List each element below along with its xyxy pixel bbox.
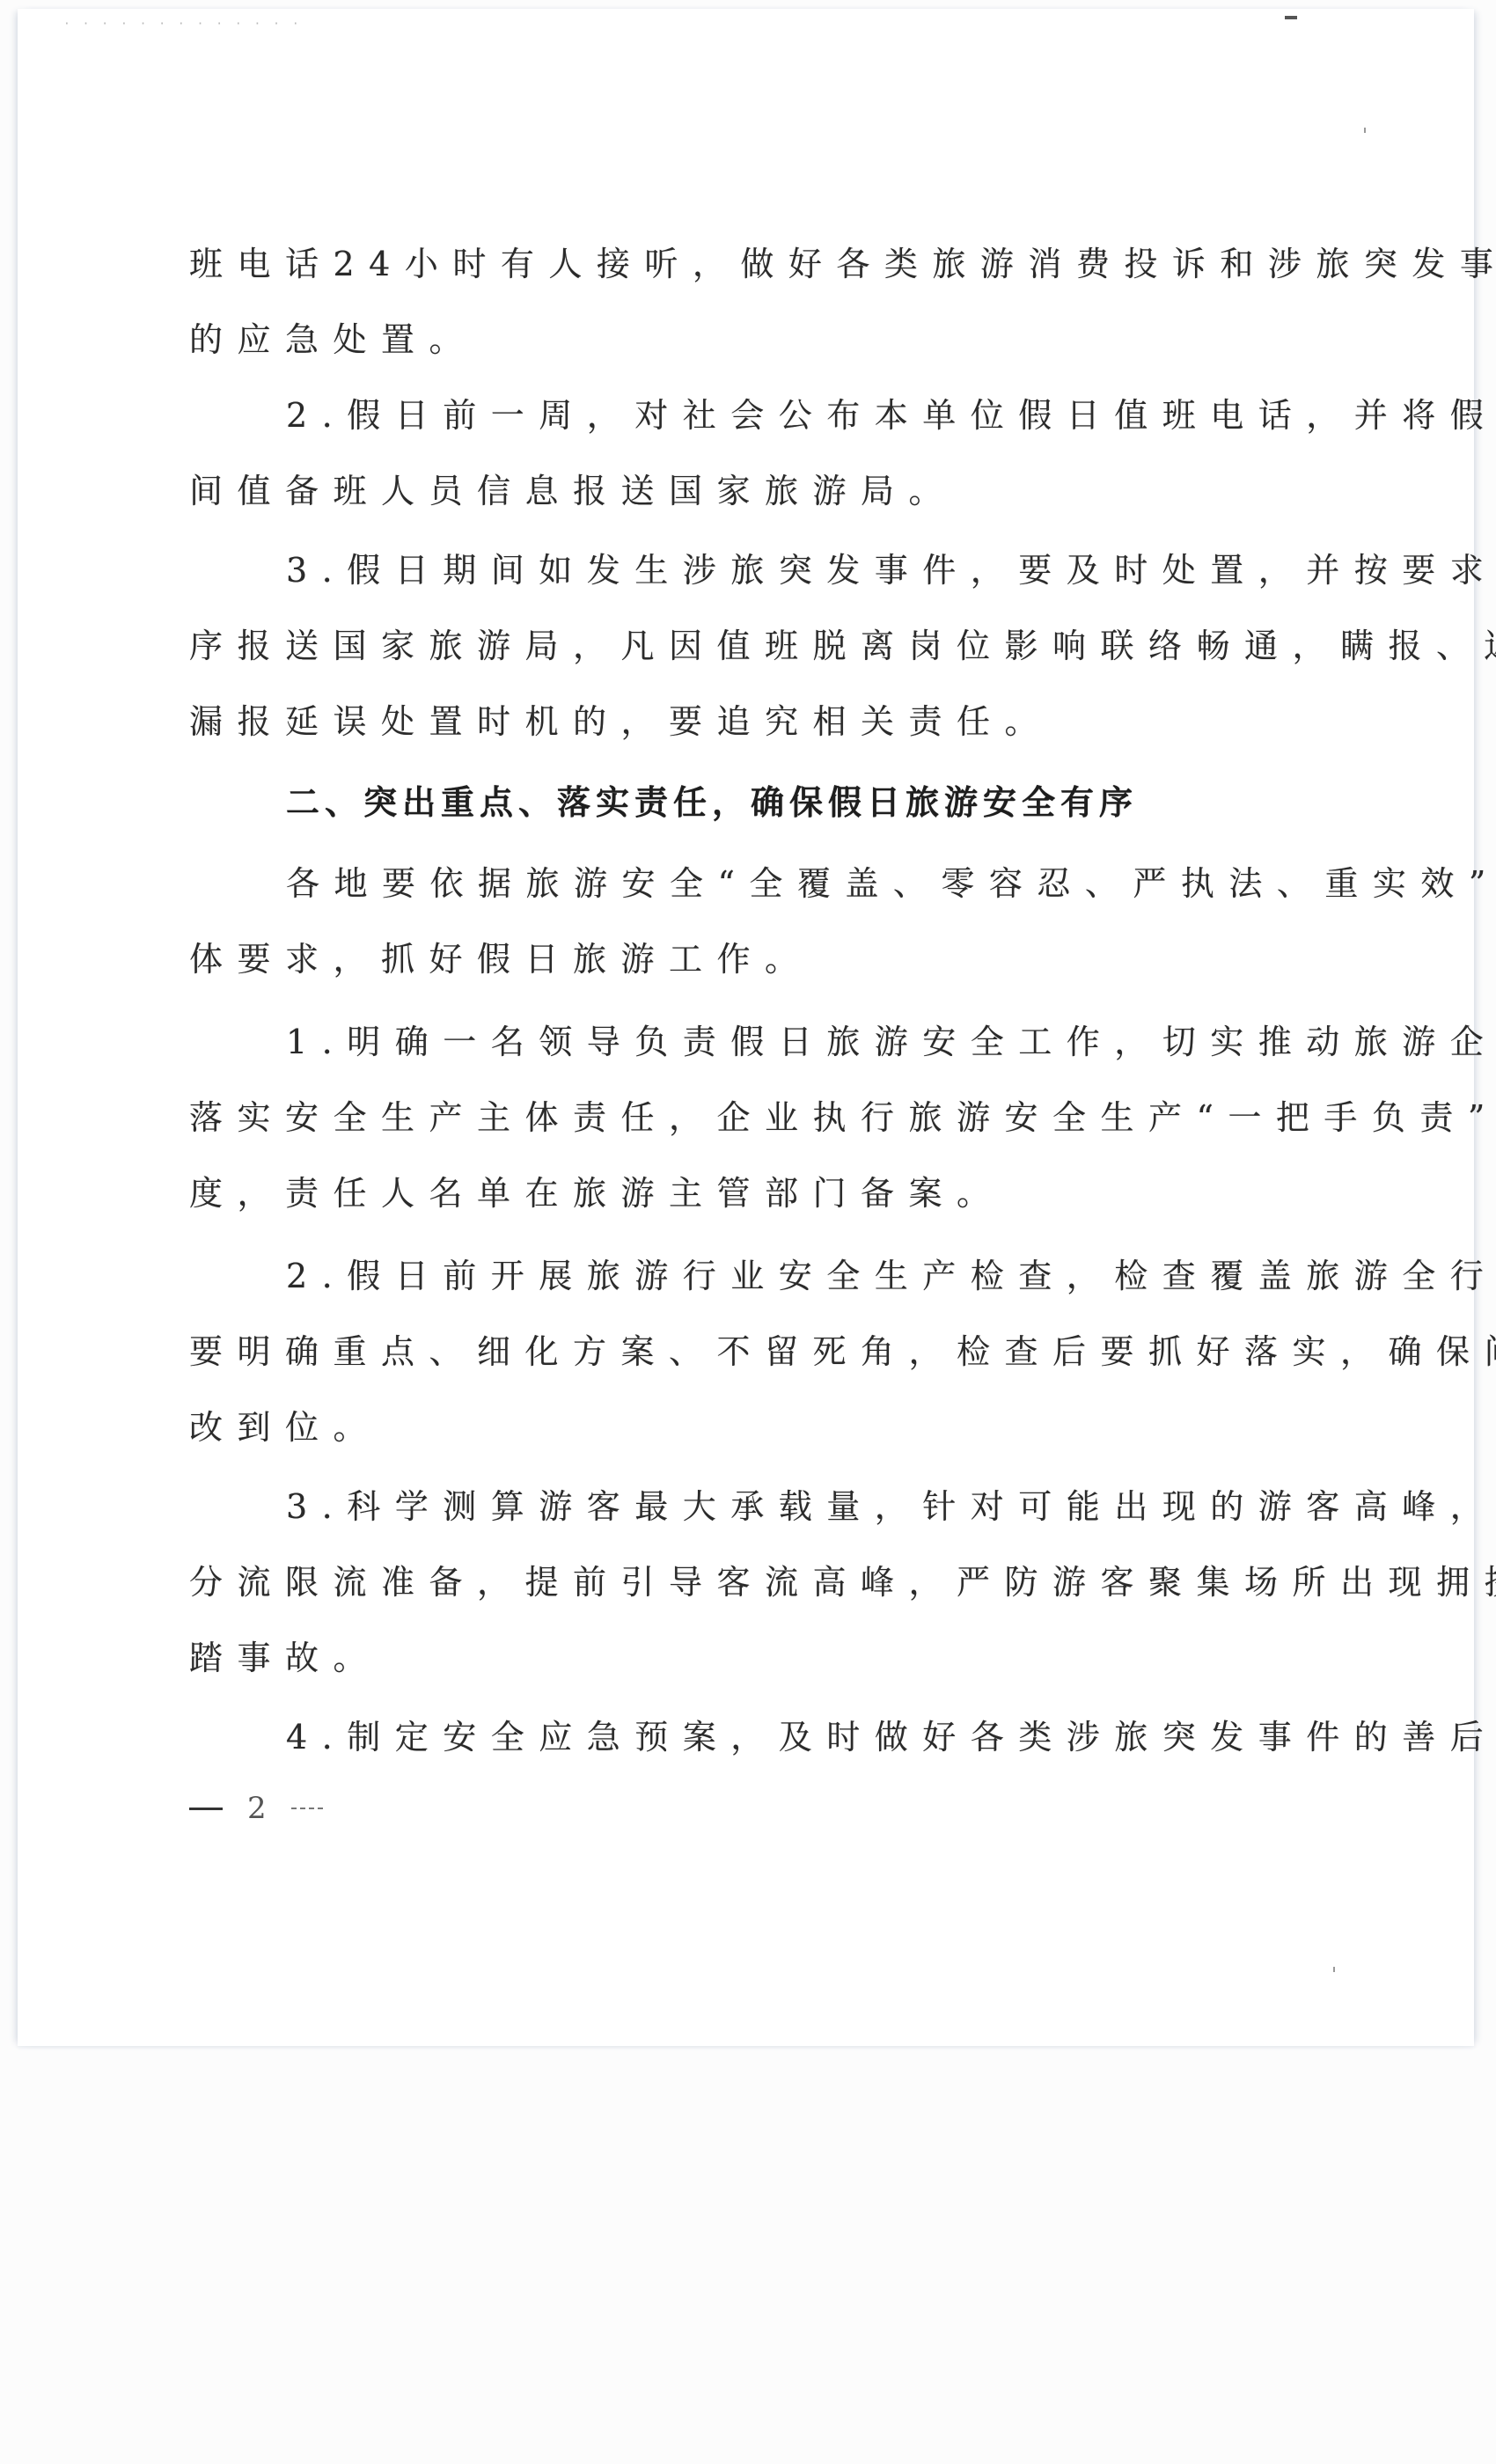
list-item-line: 1.明确一名领导负责假日旅游安全工作，切实推动旅游企业 <box>286 1023 1496 1061</box>
text-line: 漏报延误处置时机的，要追究相关责任。 <box>189 702 1052 741</box>
text-line: 要明确重点、细化方案、不留死角，检查后要抓好落实，确保问题整 <box>189 1332 1496 1371</box>
list-item-line: 3.科学测算游客最大承载量，针对可能出现的游客高峰，做好 <box>286 1487 1496 1526</box>
scan-speck <box>1364 128 1366 133</box>
text-line: 分流限流准备，提前引导客流高峰，严防游客聚集场所出现拥挤踩 <box>189 1563 1496 1602</box>
text-line: 改到位。 <box>189 1408 381 1447</box>
list-item-line: 2.假日前开展旅游行业安全生产检查，检查覆盖旅游全行业， <box>286 1257 1496 1295</box>
list-item-line: 4.制定安全应急预案，及时做好各类涉旅突发事件的善后处 <box>286 1718 1496 1756</box>
list-item-line: 2.假日前一周，对社会公布本单位假日值班电话，并将假日期 <box>286 396 1496 435</box>
page-number-dash-left <box>189 1808 223 1810</box>
text-line: 踏事故。 <box>189 1639 381 1677</box>
text-line: 间值备班人员信息报送国家旅游局。 <box>189 472 957 510</box>
text-line: 度，责任人名单在旅游主管部门备案。 <box>189 1174 1005 1213</box>
text-line: 落实安全生产主体责任，企业执行旅游安全生产“一把手负责”制 <box>189 1098 1496 1137</box>
scan-speck <box>1333 1967 1335 1972</box>
page-number-value: 2 <box>247 1791 267 1826</box>
text-line: 体要求，抓好假日旅游工作。 <box>189 940 813 979</box>
page-number-dash-right <box>291 1808 323 1809</box>
text-line: 序报送国家旅游局，凡因值班脱离岗位影响联络畅通，瞒报、迟报、 <box>189 627 1496 665</box>
text-line: 的应急处置。 <box>189 320 477 359</box>
section-heading: 二、突出重点、落实责任，确保假日旅游安全有序 <box>286 783 1138 822</box>
list-item-line: 3.假日期间如发生涉旅突发事件，要及时处置，并按要求和程 <box>286 551 1496 590</box>
corner-mark <box>1285 16 1297 19</box>
text-line: 班电话24小时有人接听，做好各类旅游消费投诉和涉旅突发事件 <box>189 245 1496 283</box>
document-page: · · · · · · · · · · · · · 班电话24小时有人接听，做好… <box>18 9 1474 2046</box>
page-number: 2 <box>189 1791 323 1826</box>
fax-header-line: · · · · · · · · · · · · · <box>63 18 302 31</box>
paragraph-line: 各地要依据旅游安全“全覆盖、零容忍、严执法、重实效”的总 <box>286 864 1496 903</box>
